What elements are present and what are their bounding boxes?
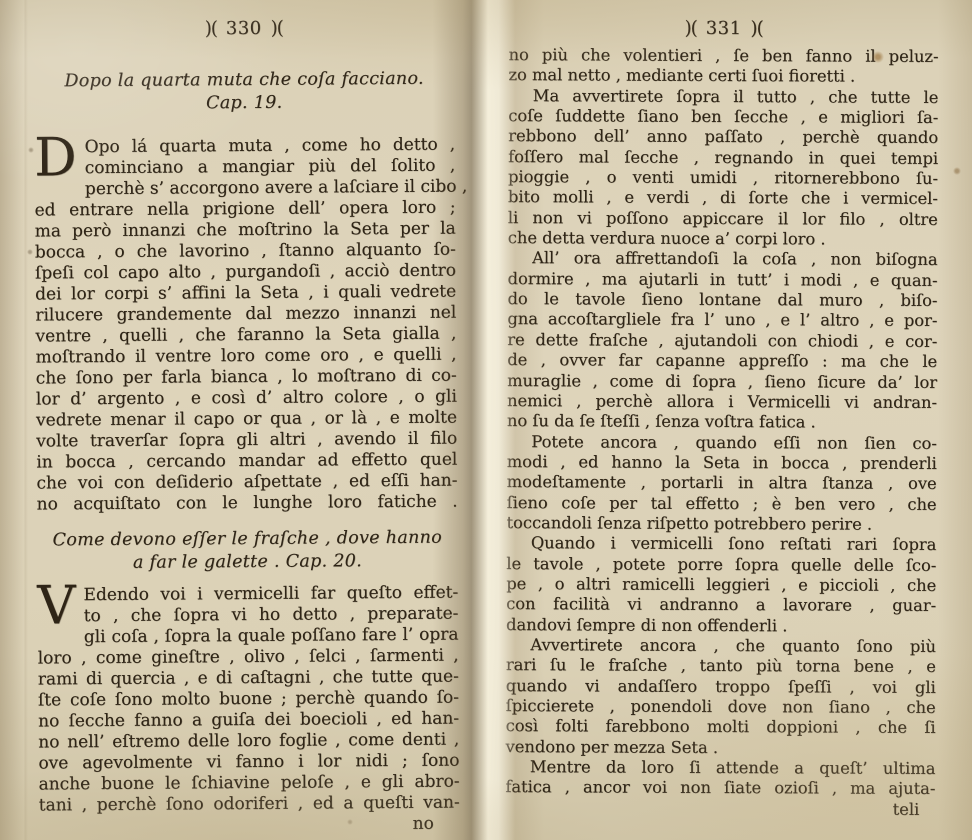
- text-line: li non vi poſſono appiccare il lor filo …: [508, 208, 938, 230]
- text-line: re dette fraſche , ajutandoli con chiodi…: [507, 330, 937, 352]
- text-line: muraglie , come di ſopra , ſieno ſicure …: [507, 371, 937, 393]
- text-line: tani , perchè ſono odoriferi , ed a queſ…: [39, 793, 460, 817]
- text-line: Avvertirete ancora , che quanto ſono più: [506, 635, 936, 657]
- paragraph: All’ ora affrettandoſi la coſa , non biſ…: [507, 249, 938, 434]
- text-line: ma però innanzi che moſtrino la Seta per…: [35, 219, 456, 243]
- text-line: anche buone le ſchiavine peloſe , e gli …: [38, 772, 459, 796]
- text-line: foſſero mal ſecche , regnando in quei te…: [508, 147, 938, 169]
- text-line: perchè s’ accorgono avere a laſciare il …: [34, 177, 455, 201]
- text-line: così folti farebbono molti doppioni , ch…: [506, 716, 936, 738]
- chapter-19-heading: Dopo la quarta muta che coſa facciano. C…: [34, 68, 455, 116]
- paragraph: Mentre da loro ſi attende a queſt’ ultim…: [505, 757, 935, 800]
- text-line: Edendo voi i vermicelli far queſto effet…: [37, 583, 458, 607]
- text-line: lor d’ argento , e così d’ altro colore …: [36, 387, 457, 411]
- header-ornament-icon: )(: [205, 17, 217, 42]
- book-spread-scan: )(330)( Dopo la quarta muta che coſa fac…: [0, 0, 972, 840]
- page-number: 330: [226, 18, 262, 39]
- text-line: no acquiſtato con le lunghe loro fatiche…: [37, 492, 458, 516]
- text-line: Potete ancora , quando eſſi non ſien co-: [507, 432, 937, 454]
- page-header: )(331)(: [509, 16, 939, 42]
- catchword: teli: [505, 798, 935, 820]
- drop-cap-initial: D: [34, 137, 85, 180]
- drop-cap-initial: V: [37, 585, 84, 628]
- chapter-heading-title: Come devono eſſer le fraſche , dove hann…: [37, 527, 458, 552]
- text-line: le tavole , potete porre ſopra quelle de…: [506, 554, 936, 576]
- text-line: bito molli , e verdi , di ſorte che i ve…: [508, 187, 938, 209]
- text-line: cominciano a mangiar più del ſolito ,: [34, 156, 455, 180]
- paragraph: Quando i vermicelli ſono reſtati rari ſo…: [506, 533, 936, 637]
- text-line: pioggie , o venti umidi , ritornerebbono…: [508, 167, 938, 189]
- text-line: in bocca , cercando mandar ad effetto qu…: [36, 450, 457, 474]
- text-line: che ſono per farla bianca , lo moſtrano …: [36, 366, 457, 390]
- text-line: rari ſu le fraſche , tanto più torna ben…: [506, 655, 936, 677]
- text-line: dormire , ma ajutarli in tutt’ i modi , …: [508, 269, 938, 291]
- text-line: zo mal netto , mediante certi ſuoi fiore…: [508, 65, 938, 87]
- text-line: All’ ora affrettandoſi la coſa , non biſ…: [508, 249, 938, 271]
- paragraph: Avvertirete ancora , che quanto ſono più…: [505, 635, 936, 759]
- text-line: do le tavole ſieno lontane dal muro , bi…: [507, 289, 937, 311]
- text-line: Quando i vermicelli ſono reſtati rari ſo…: [506, 533, 936, 555]
- header-ornament-icon: )(: [271, 16, 283, 41]
- text-line: quando vi andaſſero troppo ſpeſſi , voi …: [506, 676, 936, 698]
- paragraph: no più che volentieri , ſe ben fanno il …: [508, 45, 938, 88]
- paragraph: Potete ancora , quando eſſi non ſien co-…: [506, 432, 936, 536]
- text-line: to , che ſopra vi ho detto , preparate-: [37, 604, 458, 628]
- text-line: modi , ed hanno la Seta in bocca , prend…: [507, 452, 937, 474]
- catchword: no: [39, 814, 460, 838]
- text-line: fatica , ancor voi non ſiate ozioſi , ma…: [505, 777, 935, 799]
- text-line: no più che volentieri , ſe ben fanno il …: [508, 45, 938, 67]
- header-ornament-icon: )(: [751, 17, 763, 42]
- text-line: rilucere grandemente dal mezzo innanzi n…: [35, 303, 456, 327]
- text-line: loro , come gineſtre , olivo , ſelci , ſ…: [38, 646, 459, 670]
- text-line: ſte coſe ſono molto buone ; perchè quand…: [38, 688, 459, 712]
- text-line: volte traverſar ſopra gli altri , avendo…: [36, 429, 457, 453]
- text-line: modeſtamente , portarli in altra ſtanza …: [507, 472, 937, 494]
- header-ornament-icon: )(: [685, 16, 697, 41]
- text-line: bocca , o che lavorino , ſtanno alquanto…: [35, 240, 456, 264]
- chapter-heading-number: Cap. 19.: [34, 90, 455, 115]
- chapter-20-heading: Come devono eſſer le fraſche , dove hann…: [37, 527, 458, 575]
- chapter-heading-title: Dopo la quarta muta che coſa facciano.: [34, 68, 455, 93]
- paragraph: Ma avvertirete ſopra il tutto , che tutt…: [508, 86, 939, 251]
- text-line: de , ovver far capanne appreſſo : ma che…: [507, 350, 937, 372]
- page-331: )(331)( no più che volentieri , ſe ben f…: [505, 0, 939, 820]
- text-line: vendono per mezza Seta .: [505, 737, 935, 759]
- page-header: )(330)(: [33, 16, 454, 43]
- text-line: dei lor corpi s’ affini la Seta , i qual…: [35, 282, 456, 306]
- text-line: Mentre da loro ſi attende a queſt’ ultim…: [505, 757, 935, 779]
- text-line: vedrete menar il capo or qua , or là , e…: [36, 408, 457, 432]
- text-line: con facilità vi andranno a lavorare , gu…: [506, 594, 936, 616]
- text-line: gli coſa , ſopra la quale poſſano fare l…: [37, 625, 458, 649]
- page-330: )(330)( Dopo la quarta muta che coſa fac…: [33, 0, 460, 837]
- text-line: ove agevolmente vi fanno i lor nidi ; ſo…: [38, 751, 459, 775]
- text-line: Opo lá quarta muta , come ho detto ,: [34, 135, 455, 159]
- text-line: Ma avvertirete ſopra il tutto , che tutt…: [508, 86, 938, 108]
- text-line: coſe ſuddette ſiano ben ſecche , e migli…: [508, 106, 938, 128]
- text-line: no ſu da ſe ſteſſi , ſenza voſtra fatica…: [507, 411, 937, 433]
- text-line: ſpiccierete , ponendoli dove non ſiano ,…: [506, 696, 936, 718]
- page-number: 331: [706, 18, 742, 39]
- text-line: rami di quercia , e di caſtagni , che tu…: [38, 667, 459, 691]
- text-line: ſpeſi col capo alto , purgandoſi , acciò…: [35, 261, 456, 285]
- text-line: ventre , quelli , che faranno la Seta gi…: [35, 324, 456, 348]
- text-line: gna accoſtargliele fra l’ uno , e l’ alt…: [507, 310, 937, 332]
- chapter-20-paragraph: V Edendo voi i vermicelli far queſto eff…: [37, 583, 460, 817]
- text-line: ed entrare nella prigione dell’ opera lo…: [34, 198, 455, 222]
- text-line: moſtrando il ventre loro come oro , e qu…: [36, 345, 457, 369]
- text-line: rebbono dell’ anno paſſato , perchè quan…: [508, 126, 938, 148]
- chapter-19-paragraph: D Opo lá quarta muta , come ho detto ,co…: [34, 135, 458, 516]
- text-line: no ſecche fanno a guiſa dei boecioli , e…: [38, 709, 459, 733]
- text-line: no nell’ eſtremo delle loro foglie , com…: [38, 730, 459, 754]
- page-body: no più che volentieri , ſe ben fanno il …: [505, 45, 938, 800]
- text-line: nemici , perchè allora i Vermicelli vi a…: [507, 391, 937, 413]
- text-line: dandovi ſempre di non offenderli .: [506, 615, 936, 637]
- text-line: che detta verdura nuoce a’ corpi loro .: [508, 228, 938, 250]
- text-line: che voi con deſiderio aſpettate , ed eſſ…: [36, 471, 457, 495]
- chapter-heading-number: a far le galette . Cap. 20.: [37, 549, 458, 574]
- text-line: pe , o altri ramicelli leggieri , e picc…: [506, 574, 936, 596]
- text-line: toccandoli ſenza riſpetto potrebbero per…: [506, 513, 936, 535]
- text-line: ſieno coſe per tal effetto ; è ben vero …: [507, 493, 937, 515]
